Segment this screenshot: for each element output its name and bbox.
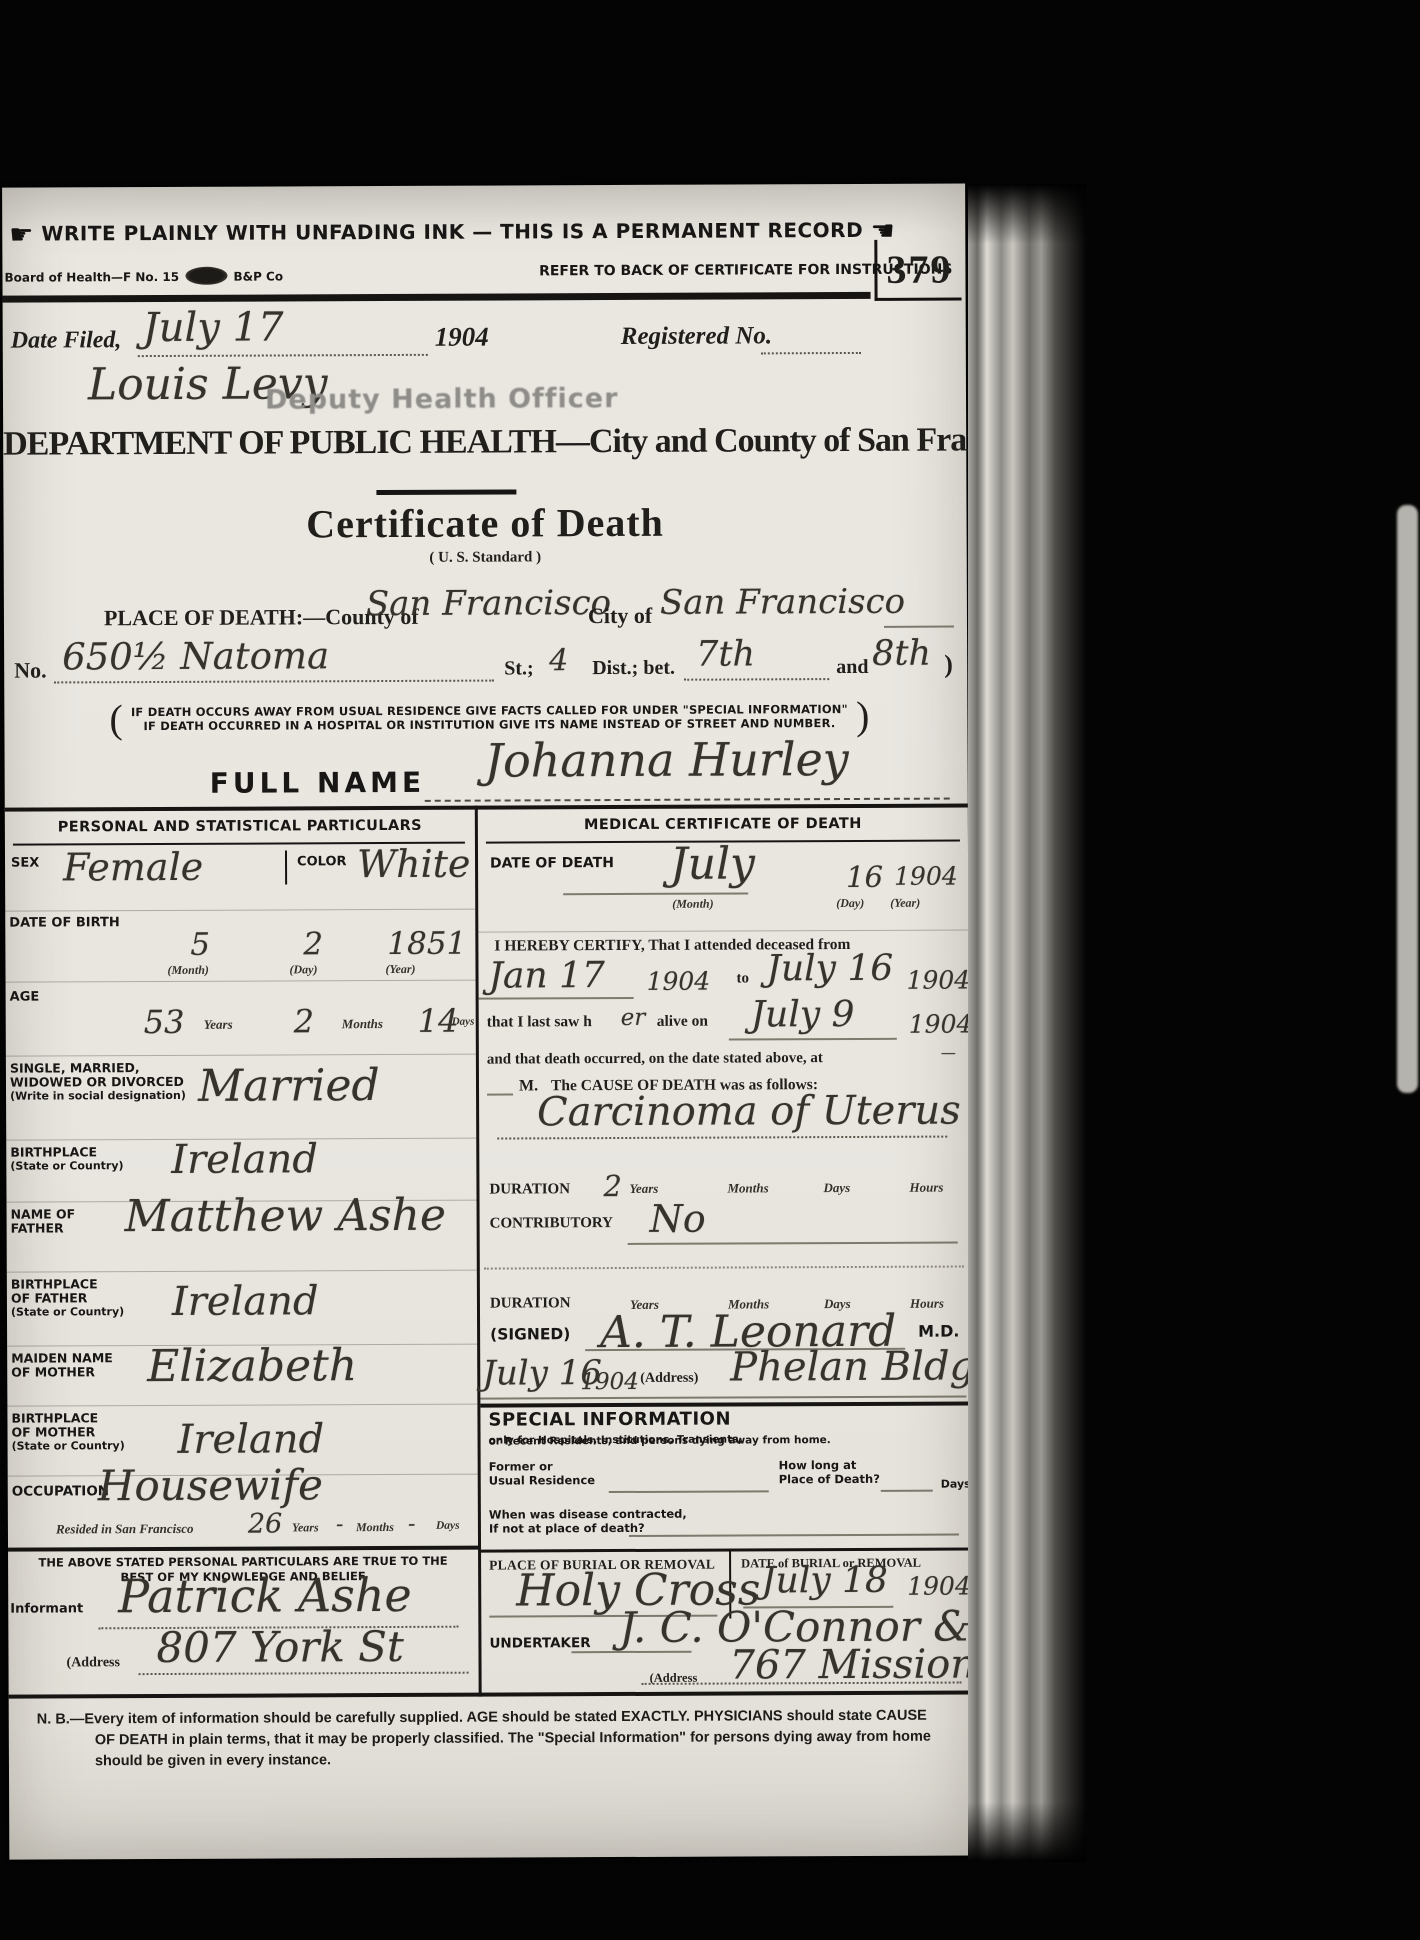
special-sub2: or Recent Residents, and persons dying a… — [489, 1434, 831, 1447]
m-blank-line — [487, 1093, 513, 1095]
disease-contracted-label-1: When was disease contracted, — [489, 1507, 687, 1522]
last-saw-line — [729, 1038, 897, 1041]
m-label: M. — [519, 1077, 538, 1095]
sex-color-divider — [285, 850, 287, 884]
how-long-label-2: Place of Death? — [779, 1472, 880, 1486]
attended-from-line — [479, 997, 634, 1000]
father-name-value: Matthew Ashe — [124, 1190, 446, 1242]
resided-days-caption: Days — [436, 1520, 460, 1532]
last-saw-year: 1904 — [909, 1009, 973, 1038]
signed-address-value: Phelan Bldg — [730, 1343, 975, 1390]
cause-of-death-value: Carcinoma of Uterus — [537, 1088, 961, 1136]
last-saw-date: July 9 — [751, 994, 855, 1035]
contributory-label: CONTRIBUTORY — [490, 1215, 613, 1233]
registered-no-line — [761, 352, 861, 354]
age-months-value: 2 — [294, 1002, 315, 1040]
title-rule — [376, 489, 516, 495]
adjacent-page-sliver — [1397, 505, 1418, 1093]
form-number-text: Board of Health—F No. 15 — [4, 270, 179, 285]
between-street-value: 7th — [696, 634, 755, 674]
burial-divider — [481, 1547, 971, 1552]
medical-header: MEDICAL CERTIFICATE OF DEATH — [478, 815, 968, 833]
how-long-days-caption: Days — [941, 1477, 971, 1490]
resided-dash1: - — [336, 1512, 344, 1537]
resided-years-caption: Years — [292, 1520, 319, 1535]
birthplace-value: Ireland — [171, 1136, 318, 1183]
banner-text: WRITE PLAINLY WITH UNFADING INK — THIS I… — [41, 218, 863, 246]
row-line — [478, 929, 968, 932]
attended-to-date: July 16 — [766, 948, 893, 990]
last-saw-er: er — [621, 1005, 646, 1031]
age-years-caption: Years — [204, 1017, 233, 1033]
date-filed-label: Date Filed, — [11, 327, 122, 354]
place-county-value: San Francisco — [366, 583, 611, 624]
dod-year-caption: (Year) — [890, 896, 920, 911]
father-name-label-2: FATHER — [11, 1221, 76, 1235]
resided-dash2: - — [408, 1512, 416, 1537]
date-filed-value: July 17 — [143, 304, 284, 351]
father-birthplace-label-2: OF FATHER — [11, 1291, 124, 1305]
burial-date-year: 1904 — [907, 1571, 971, 1600]
and-label: and — [836, 656, 868, 679]
dod-month-caption: (Month) — [672, 897, 713, 912]
attended-from-date: Jan 17 — [488, 955, 605, 997]
between-line — [684, 678, 829, 681]
certificate-title: Certificate of Death — [3, 497, 966, 548]
street-value: 650½ Natoma — [62, 634, 329, 678]
note-close-paren: ) — [856, 692, 870, 739]
street-line — [54, 680, 494, 684]
disease-contracted-label: When was disease contracted, If not at p… — [489, 1507, 687, 1536]
informant-label: Informant — [10, 1601, 83, 1616]
row-line — [6, 980, 476, 983]
date-filed-year: 1904 — [435, 322, 489, 353]
place-city-label: City of — [588, 603, 652, 629]
dob-label: DATE OF BIRTH — [9, 915, 120, 930]
dob-month-value: 5 — [190, 927, 210, 963]
special-title: SPECIAL INFORMATION — [488, 1409, 731, 1431]
former-residence-label-2: Usual Residence — [489, 1473, 595, 1487]
age-years-value: 53 — [144, 1003, 185, 1041]
mother-name-label-2: OF MOTHER — [11, 1365, 113, 1379]
signed-label: (SIGNED) — [490, 1325, 570, 1343]
medical-column: MEDICAL CERTIFICATE OF DEATH DATE OF DEA… — [478, 807, 972, 1692]
book-edge-bottom-shadow — [968, 1802, 1086, 1862]
registered-number: 379 — [886, 245, 952, 292]
last-saw-text1: that I last saw h — [487, 1013, 592, 1031]
mother-birthplace-label-3: (State or Country) — [12, 1439, 125, 1453]
signed-address-label: (Address) — [640, 1371, 698, 1387]
form-number: Board of Health—F No. 15 B&P Co — [4, 266, 283, 285]
dob-month-caption: (Month) — [167, 963, 208, 978]
us-standard: ( U. S. Standard ) — [4, 547, 967, 568]
note-open-paren: ( — [109, 695, 123, 742]
former-residence-line — [609, 1490, 769, 1493]
date-of-death-month: July — [670, 838, 755, 889]
printer-stamp-icon — [185, 267, 227, 285]
note-line2: IF DEATH OCCURRED IN A HOSPITAL OR INSTI… — [129, 715, 850, 732]
age-days-caption: Days — [452, 1016, 475, 1028]
cause-line — [497, 1136, 947, 1140]
and-street-value: 8th — [872, 634, 931, 674]
death-occurred-dash: — — [941, 1044, 956, 1062]
dob-day-caption: (Day) — [289, 962, 317, 977]
father-name-label: NAME OF FATHER — [11, 1207, 76, 1235]
date-of-death-year: 1904 — [894, 862, 958, 891]
dob-day-value: 2 — [303, 926, 323, 962]
full-name-value: Johanna Hurley — [484, 732, 848, 788]
dod-day-caption: (Day) — [836, 896, 864, 911]
duration1-hours-caption: Hours — [909, 1180, 943, 1196]
former-residence-label: Former or Usual Residence — [489, 1459, 595, 1487]
registered-no-label: Registered No. — [621, 322, 772, 351]
duration1-years-value: 2 — [603, 1169, 622, 1203]
last-saw-text2: alive on — [657, 1013, 708, 1031]
attended-from-year: 1904 — [646, 967, 710, 996]
book-page-edges — [968, 184, 1086, 1862]
duration2-hours-caption: Hours — [910, 1296, 944, 1312]
birthplace-label-1: BIRTHPLACE — [10, 1145, 123, 1159]
signed-address-line — [480, 1395, 966, 1399]
attended-to-label: to — [737, 970, 750, 987]
occupation-value: Housewife — [98, 1460, 323, 1510]
father-birthplace-label-3: (State or Country) — [11, 1305, 124, 1319]
attended-to-year: 1904 — [906, 965, 970, 994]
informant-address-value: 807 York St — [156, 1622, 404, 1672]
color-value: White — [357, 842, 471, 886]
duration1-years-caption: Years — [629, 1181, 658, 1197]
informant-address-line — [139, 1672, 469, 1675]
resided-months-caption: Months — [356, 1520, 394, 1535]
street-st-label: St.; — [504, 657, 534, 680]
district-label: Dist.; bet. — [592, 657, 675, 680]
resided-label: Resided in San Francisco — [56, 1521, 194, 1538]
row-line — [7, 1404, 477, 1407]
special-divider — [480, 1401, 970, 1407]
contributory-line — [628, 1242, 958, 1245]
full-name-line — [425, 798, 950, 802]
dod-month-line — [563, 892, 748, 895]
color-label: COLOR — [297, 854, 347, 869]
duration1-days-caption: Days — [823, 1180, 850, 1196]
date-filed-line — [138, 354, 428, 357]
book-edge-top-shadow — [968, 184, 1086, 244]
footer-note: N. B.—Every item of information should b… — [37, 1706, 947, 1773]
disease-contracted-line — [629, 1534, 959, 1537]
truth-divider — [8, 1546, 478, 1552]
date-of-death-day: 16 — [846, 860, 883, 894]
marital-label-2: WIDOWED OR DIVORCED — [10, 1075, 186, 1090]
former-residence-label-1: Former or — [489, 1459, 595, 1473]
informant-value: Patrick Ashe — [118, 1568, 412, 1623]
birthplace-label: BIRTHPLACE (State or Country) — [10, 1145, 123, 1173]
department-title: DEPARTMENT OF PUBLIC HEALTH—City and Cou… — [3, 421, 966, 463]
personal-column: PERSONAL AND STATISTICAL PARTICULARS SEX… — [5, 810, 479, 1695]
marital-label-3: (Write in social designation) — [10, 1089, 186, 1104]
dob-year-caption: (Year) — [385, 962, 415, 977]
date-of-death-label: DATE OF DEATH — [490, 855, 614, 872]
certificate-page: ☛ WRITE PLAINLY WITH UNFADING INK — THIS… — [2, 183, 972, 1859]
close-paren: ) — [944, 650, 953, 680]
how-long-line — [881, 1490, 933, 1492]
sex-label: SEX — [11, 856, 39, 871]
signed-year: 1904 — [580, 1369, 639, 1395]
age-months-caption: Months — [342, 1016, 383, 1032]
undertaker-line — [571, 1651, 691, 1654]
dob-year-value: 1851 — [387, 926, 466, 962]
age-label: AGE — [10, 990, 40, 1005]
resided-years-value: 26 — [248, 1508, 282, 1539]
burial-date-value: July 18 — [761, 1560, 888, 1602]
duration1-months-caption: Months — [727, 1180, 768, 1196]
district-value: 4 — [549, 643, 568, 678]
registered-number-box: 379 — [874, 240, 961, 301]
scanned-death-certificate: ☛ WRITE PLAINLY WITH UNFADING INK — THIS… — [0, 0, 1420, 1940]
undertaker-label: UNDERTAKER — [489, 1635, 590, 1651]
father-birthplace-label: BIRTHPLACE OF FATHER (State or Country) — [11, 1277, 124, 1319]
md-label: M.D. — [918, 1322, 959, 1341]
duration1-label: DURATION — [489, 1181, 570, 1198]
sex-value: Female — [63, 845, 203, 890]
birthplace-label-2: (State or Country) — [10, 1159, 123, 1173]
death-occurred-text: and that death occurred, on the date sta… — [487, 1050, 823, 1068]
row-line — [6, 1054, 476, 1057]
deputy-health-officer-stamp: Deputy Health Officer — [265, 383, 619, 416]
how-long-label: How long at Place of Death? — [779, 1458, 880, 1486]
mother-name-value: Elizabeth — [147, 1340, 357, 1392]
full-name-label: FULL NAME — [210, 766, 426, 800]
mother-name-label: MAIDEN NAME OF MOTHER — [11, 1351, 113, 1379]
mother-birthplace-value: Ireland — [177, 1416, 324, 1463]
header-rule — [3, 292, 871, 303]
marital-label: SINGLE, MARRIED, WIDOWED OR DIVORCED (Wr… — [10, 1061, 186, 1104]
personal-header: PERSONAL AND STATISTICAL PARTICULARS — [5, 818, 475, 836]
occupation-label: OCCUPATION — [12, 1483, 109, 1499]
row-line — [5, 909, 475, 912]
contributory-value: No — [649, 1197, 705, 1241]
banner-line: ☛ WRITE PLAINLY WITH UNFADING INK — THIS… — [2, 216, 902, 251]
mother-birthplace-label-2: OF MOTHER — [11, 1425, 124, 1439]
informant-address-label: (Address — [66, 1655, 119, 1671]
marital-value: Married — [198, 1060, 380, 1112]
street-no-label: No. — [14, 657, 47, 683]
printer-text: B&P Co — [233, 269, 283, 283]
place-city-value: San Francisco — [660, 582, 905, 623]
disease-contracted-label-2: If not at place of death? — [489, 1521, 687, 1536]
row-line — [7, 1270, 477, 1273]
duration2-label: DURATION — [490, 1295, 571, 1312]
pointing-hand-right-icon: ☛ — [9, 220, 34, 251]
faint-divider — [484, 1266, 964, 1270]
how-long-label-1: How long at — [779, 1458, 880, 1472]
father-birthplace-value: Ireland — [172, 1278, 319, 1325]
mother-birthplace-label: BIRTHPLACE OF MOTHER (State or Country) — [11, 1411, 124, 1453]
place-trailing-line — [884, 626, 954, 628]
